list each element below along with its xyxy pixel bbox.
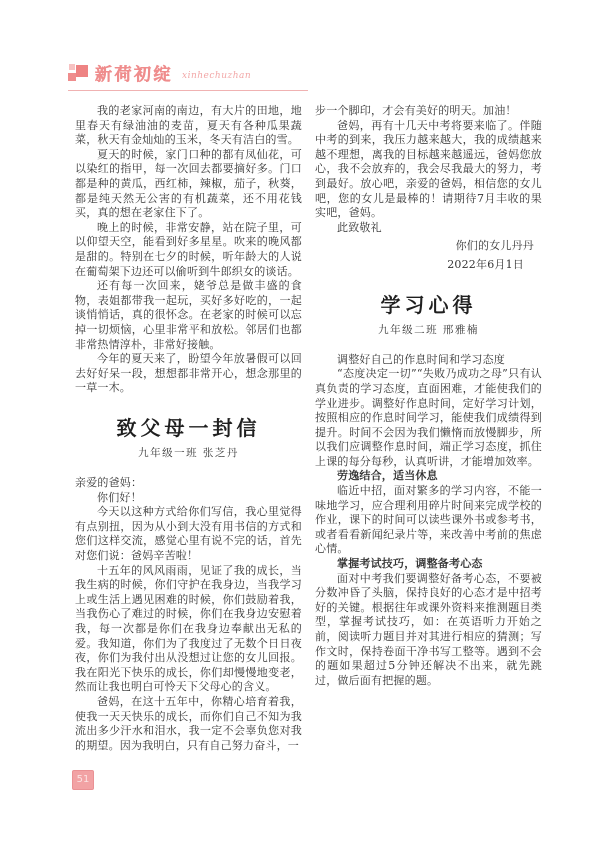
letter-salutation: 亲爱的爸妈：	[75, 476, 302, 491]
page-number-badge: 51	[72, 770, 94, 790]
magazine-page: 新荷初绽 xinhechuzhan 我的老家河南的南边，有大片的田地，地里春天有…	[0, 0, 600, 849]
essay-paragraph: 今年的夏天来了，盼望今年放暑假可以回去好好呆一段，想想都非常开心，想念那里的一草…	[75, 352, 302, 396]
essay-paragraph: 晚上的时候，非常安静，站在院子里，可以仰望天空，能看到好多星星。吹来的晚风都是甜…	[75, 221, 302, 279]
study-paragraph: “态度决定一切”“失败乃成功之母”只有认真负责的学习态度，直面困难，才能使我们的…	[315, 367, 542, 469]
letter-closing: 此致敬礼	[315, 221, 542, 236]
letter-byline: 九年级一班 张芝丹	[75, 446, 302, 461]
logo: 新荷初绽 xinhechuzhan	[68, 60, 328, 85]
left-column: 我的老家河南的南边，有大片的田地，地里春天有绿油油的麦苗，夏天有各种瓜果蔬菜，秋…	[75, 104, 302, 753]
letter-greeting: 你们好！	[75, 491, 302, 506]
page-header: 新荷初绽 xinhechuzhan	[68, 60, 328, 91]
right-column: 步一个脚印，才会有美好的明天。加油！ 爸妈，再有十几天中考将要来临了。伴随中考的…	[315, 104, 542, 753]
logo-title: 新荷初绽	[95, 60, 173, 85]
logo-subtitle: xinhechuzhan	[182, 71, 251, 81]
letter-paragraph: 今天以这种方式给你们写信，我心里觉得有点别扭，因为从小到大没有用书信的方式和您们…	[75, 505, 302, 563]
letter-paragraph: 爸妈，在这十五年中，你精心培育着我，使我一天天快乐的成长，而你们自己不知为我流出…	[75, 695, 302, 753]
letter-paragraph: 十五年的风风雨雨，见证了我的成长，当我生病的时候，你们守护在我身边，当我学习上或…	[75, 564, 302, 695]
study-intro-heading: 调整好自己的作息时间和学习态度	[315, 353, 542, 368]
study-subheading: 掌握考试技巧，调整备考心态	[315, 557, 542, 572]
pink-squares-flower-icon	[68, 62, 88, 83]
study-byline: 九年级二班 邢雅楠	[315, 323, 542, 338]
letter-paragraph-continuation: 步一个脚印，才会有美好的明天。加油！	[315, 104, 542, 119]
essay-paragraph: 还有每一次回来，姥爷总是做丰盛的食物，表姐都带我一起玩，买好多好吃的，一起谈悄悄…	[75, 279, 302, 352]
study-paragraph: 临近中招，面对繁多的学习内容，不能一味地学习，应合理利用碎片时间来完成学校的作业…	[315, 484, 542, 557]
essay-paragraph: 夏天的时候，家门口种的都有凤仙花，可以染红的指甲，每一次回去都要摘好多。门口都是…	[75, 148, 302, 221]
letter-signature: 你们的女儿丹丹	[315, 239, 542, 254]
two-column-body: 我的老家河南的南边，有大片的田地，地里春天有绿油油的麦苗，夏天有各种瓜果蔬菜，秋…	[75, 104, 542, 753]
study-title: 学习心得	[315, 298, 542, 313]
study-subheading: 劳逸结合，适当休息	[315, 469, 542, 484]
study-paragraph: 面对中考我们要调整好备考心态，不要被分数冲昏了头脑，保持良好的心态才是中招考好的…	[315, 572, 542, 689]
header-rule	[68, 90, 308, 91]
essay-paragraph: 我的老家河南的南边，有大片的田地，地里春天有绿油油的麦苗，夏天有各种瓜果蔬菜，秋…	[75, 104, 302, 148]
letter-date: 2022年6月1日	[315, 258, 542, 273]
letter-title: 致父母一封信	[75, 421, 302, 436]
letter-paragraph: 爸妈，再有十几天中考将要来临了。伴随中考的到来，我压力越来越大，我的成绩越来越不…	[315, 119, 542, 221]
